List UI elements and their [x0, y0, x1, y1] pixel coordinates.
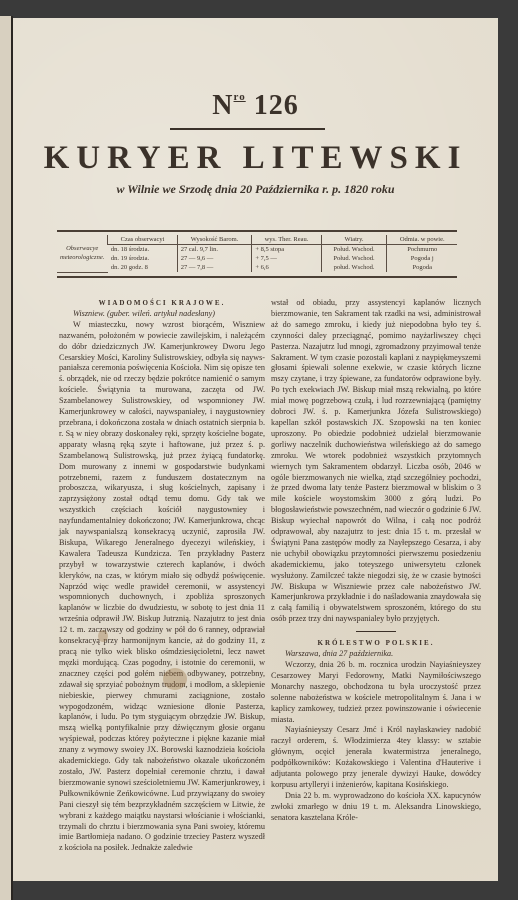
section-divider	[356, 631, 396, 632]
article-dateline: Warszawa, dnia 27 października.	[271, 649, 481, 660]
number-prefix: N	[212, 90, 233, 121]
issue-number: Nro 126	[13, 90, 498, 122]
weather-cell: + 7,5 —	[252, 254, 321, 263]
weather-row: dn. 19 środzia. 27 — 9,6 — + 7,5 — Połud…	[57, 254, 457, 263]
article-dateline: Wiszniew. (guber. wileń. artykuł nadesła…	[59, 309, 265, 320]
number-value: 126	[254, 90, 299, 121]
article-body: Dnia 22 b. m. wyprowadzono do kościoła X…	[271, 791, 481, 824]
weather-header: wys. Ther. Reau.	[252, 235, 321, 245]
masthead-title: KURYER LITEWSKI	[13, 140, 498, 177]
weather-header: Czas obserwacyi	[108, 235, 177, 245]
right-column: wstał od obiadu, przy assystencyi kaplan…	[271, 298, 481, 824]
weather-cell: Połud. Wschod.	[321, 254, 387, 263]
weather-header: Wiatry.	[321, 235, 387, 245]
weather-cell: dn. 18 środzia.	[108, 245, 177, 255]
weather-header: Wysokość Barom.	[177, 235, 252, 245]
weather-observations-table: Obserwacye meteorologiczne. Czas obserwa…	[57, 230, 457, 278]
article-continuation: wstał od obiadu, przy assystencyi kaplan…	[271, 298, 481, 625]
section-title-domestic-news: WIADOMOŚCI KRAJOWE.	[59, 298, 265, 309]
weather-cell: dn. 19 środzia.	[108, 254, 177, 263]
paper-stain	[98, 630, 108, 642]
weather-cell: 27 cal. 9,7 lin.	[177, 245, 252, 255]
weather-row: dn. 18 środzia. 27 cal. 9,7 lin. + 8,5 s…	[57, 245, 457, 255]
masthead-dateline: w Wilnie we Srzodę dnia 20 Października …	[13, 182, 498, 197]
weather-cell: połud. Wschod.	[321, 263, 387, 272]
weather-header-row: Obserwacye meteorologiczne. Czas obserwa…	[57, 235, 457, 245]
weather-cell: Pochmurno	[387, 245, 457, 255]
header-rule	[170, 128, 325, 130]
weather-cell: 27 — 9,6 —	[177, 254, 252, 263]
weather-cell: dn. 20 godz. 8	[108, 263, 177, 272]
weather-header: Odmia. w powie.	[387, 235, 457, 245]
weather-cell: Pogoda j	[387, 254, 457, 263]
weather-cell: Połud. Wschod.	[321, 245, 387, 255]
weather-cell: 27 — 7,8 —	[177, 263, 252, 272]
article-body: Nayiaśnieyszy Cesarz Jmć i Król nayłaska…	[271, 725, 481, 790]
weather-row: dn. 20 godz. 8 27 — 7,8 — + 6,6 połud. W…	[57, 263, 457, 272]
left-column: WIADOMOŚCI KRAJOWE. Wiszniew. (guber. wi…	[59, 298, 265, 854]
section-title-kingdom-of-poland: KRÓLESTWO POLSKIE.	[271, 638, 481, 649]
weather-cell: Pogoda	[387, 263, 457, 272]
article-body: W miasteczku, nowy wzrost biorącém, Wisz…	[59, 320, 265, 854]
weather-label: Obserwacye meteorologiczne.	[57, 235, 108, 272]
paper-stain	[163, 668, 187, 690]
weather-cell: + 8,5 stopa	[252, 245, 321, 255]
weather-cell: + 6,6	[252, 263, 321, 272]
newspaper-page: Nro 126 KURYER LITEWSKI w Wilnie we Srzo…	[13, 18, 498, 881]
article-body: Wczorzy, dnia 26 b. m. rocznica urodzin …	[271, 660, 481, 725]
number-suffix: ro	[234, 91, 246, 103]
